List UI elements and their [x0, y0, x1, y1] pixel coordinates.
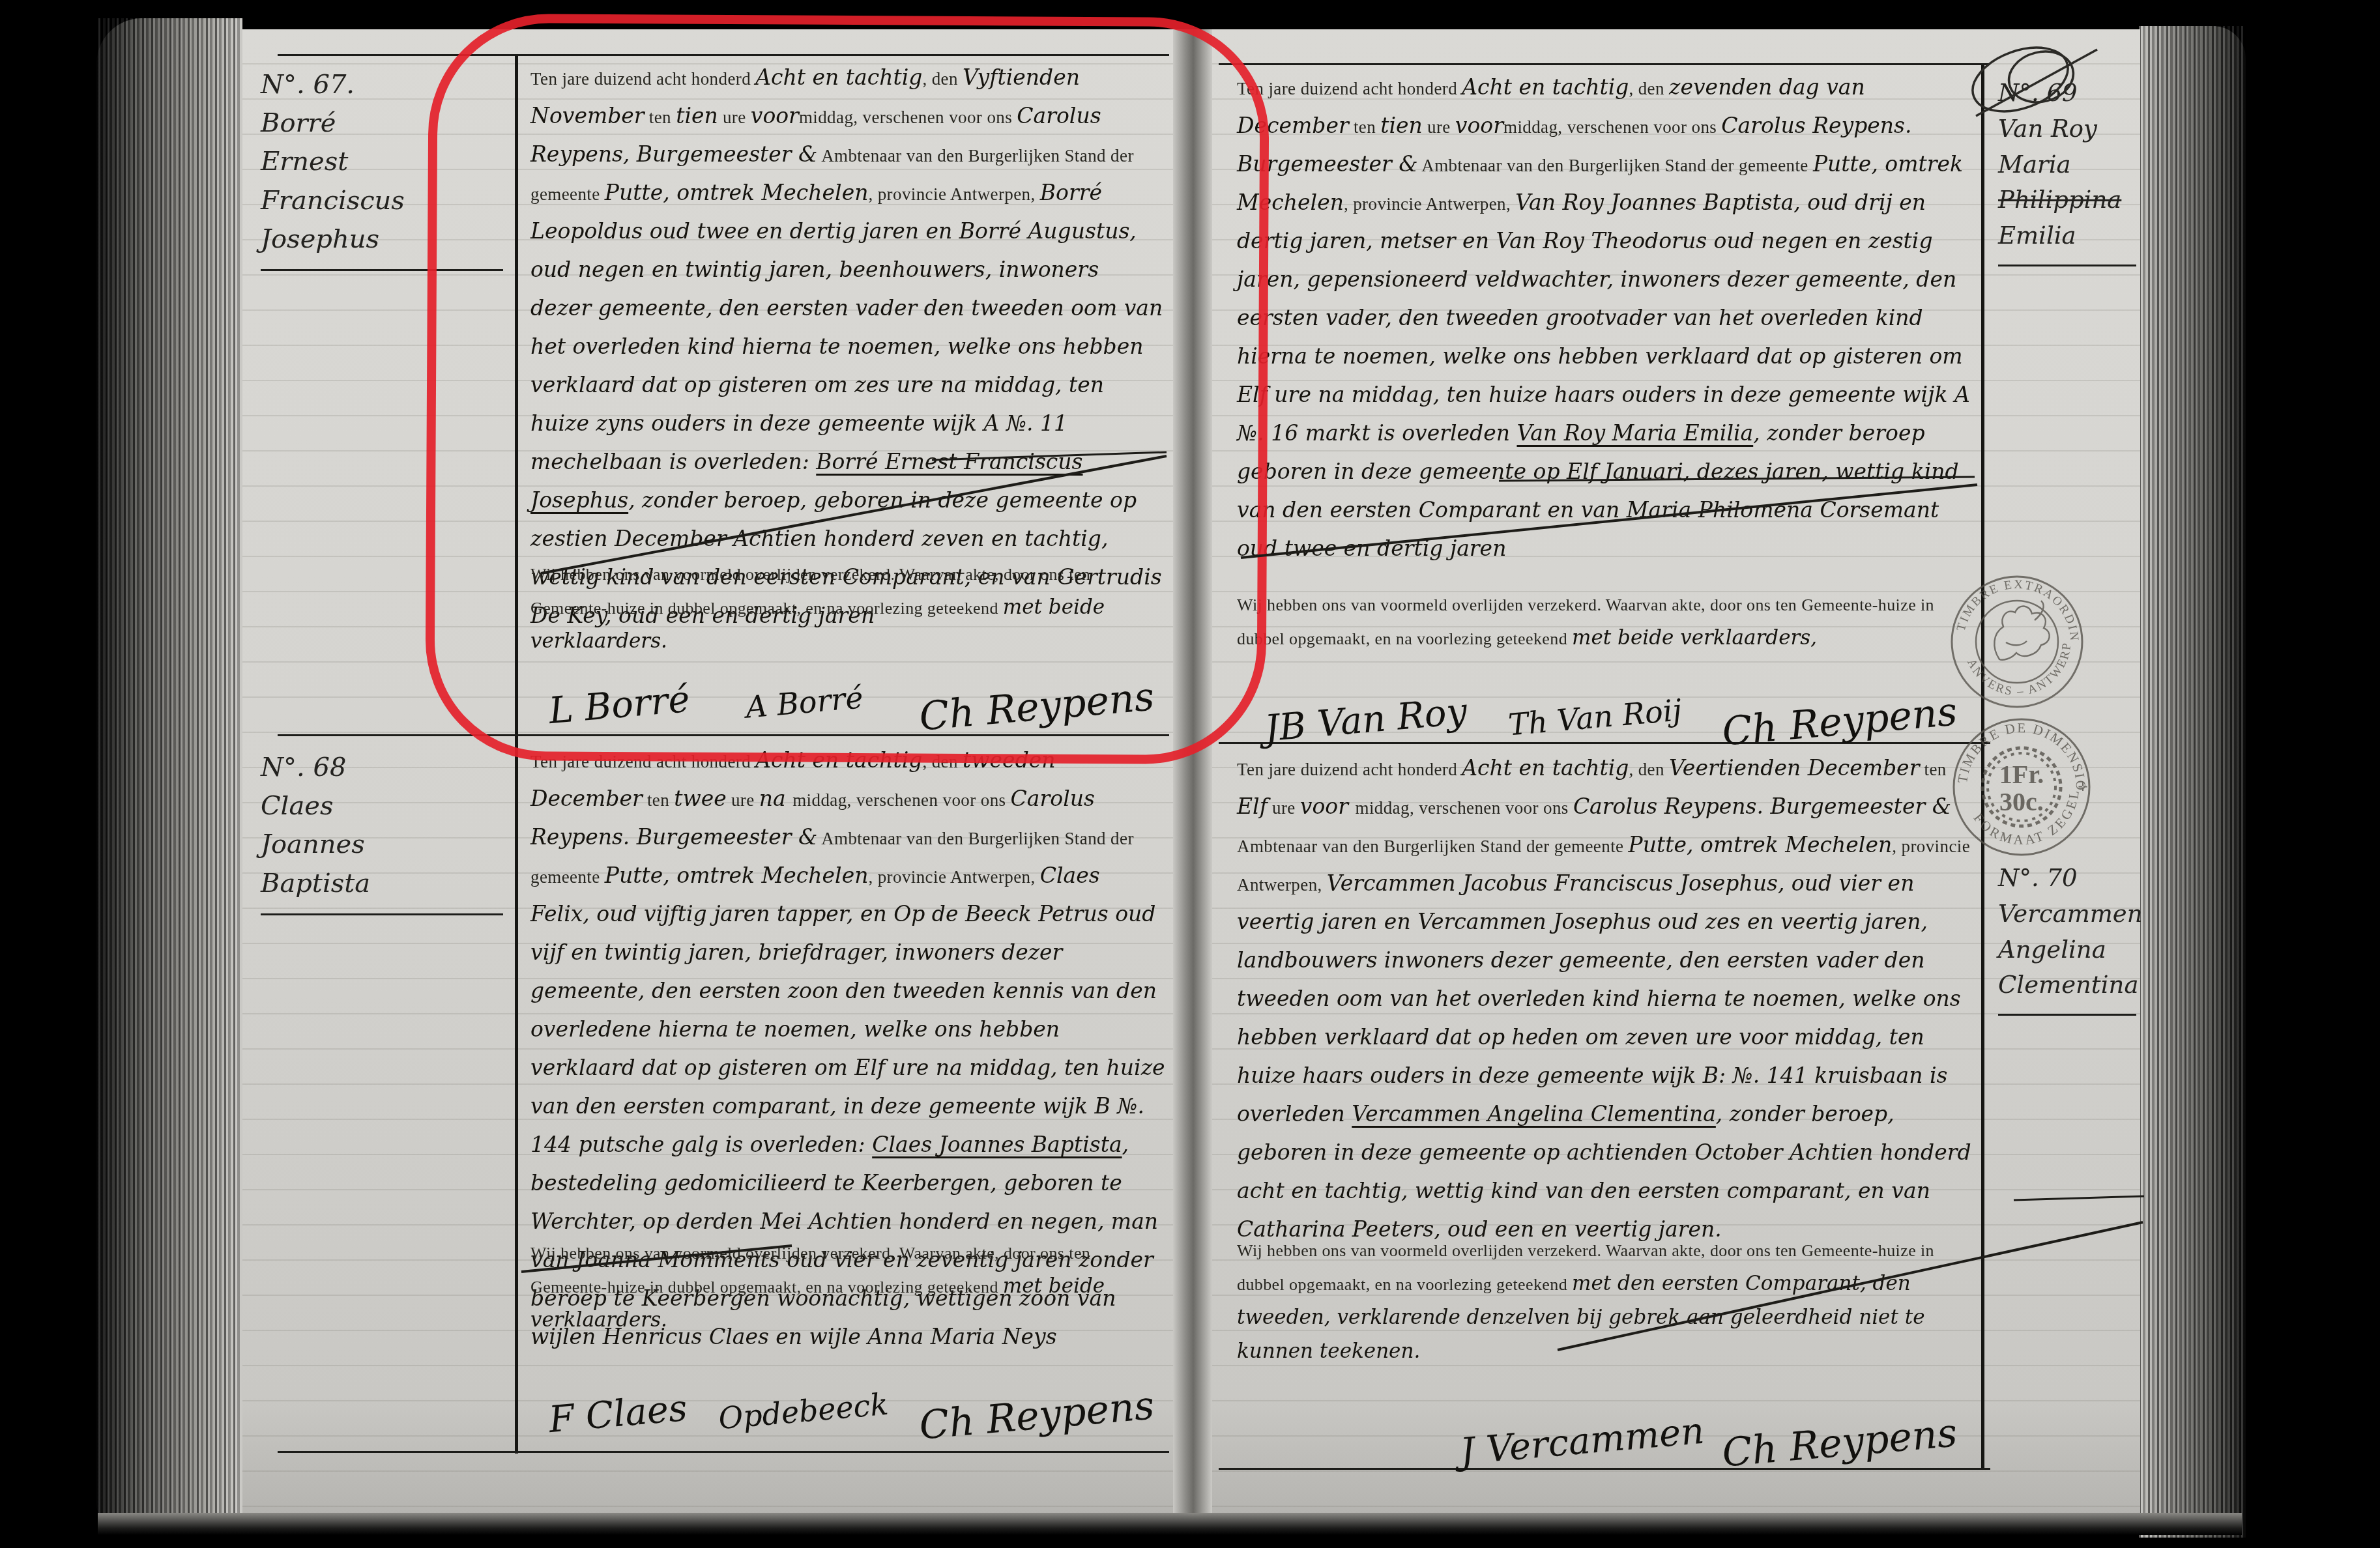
attestation-clause: Wij hebben ons van voormeld overlijden v… [1237, 590, 1973, 657]
margin-name-line: Maria [1998, 147, 2136, 183]
margin-name-line: Baptista [261, 865, 503, 903]
entry-69: N°. 69Van RoyMariaPhilippinaEmilia Ten j… [1212, 65, 2140, 743]
entry-bottom-rule [278, 1451, 1169, 1453]
signature: Opdebeeck [717, 1389, 889, 1434]
handwritten-official-name: Carolus Reypens. [1573, 794, 1771, 819]
deceased-name: Claes Joannes Baptista [872, 1132, 1122, 1157]
printed-segment: Stand der gemeente [1480, 837, 1628, 856]
right-page-edges [2139, 26, 2246, 1538]
handwritten-declaration: Claes Felix, oud vijftig jaren tapper, e… [530, 863, 1165, 1157]
margin-name-line: Philippina [1998, 182, 2136, 218]
printed-segment: Ambtenaar van den Burgerlijken [818, 829, 1065, 848]
margin-name-line: Emilia [1998, 218, 2136, 254]
margin-name-line: Angelina [1998, 932, 2136, 968]
margin-name-line: Vercammen [1998, 896, 2136, 932]
red-oval-annotation [425, 14, 1270, 765]
handwritten-year: Acht en tachtig [1462, 755, 1629, 781]
printed-segment: , den [1629, 760, 1669, 779]
left-page-edges [96, 18, 242, 1530]
printed-segment: ten [1919, 760, 1946, 779]
handwritten-municipality: Putte, omtrek Mechelen [605, 863, 869, 888]
handwritten-hour: twee [674, 786, 727, 811]
entry-70: N°. 70VercammenAngelinaClementina Ten ja… [1212, 746, 2140, 1468]
printed-segment: ten [643, 790, 675, 810]
margin-name-line: Clementina [1998, 967, 2136, 1003]
printed-segment: , den [1629, 79, 1669, 98]
deceased-name: Vercammen Angelina Clementina [1352, 1101, 1716, 1126]
signature: Ch Reypens [918, 1386, 1155, 1445]
margin-name-line: Van Roy [1998, 111, 2136, 147]
handwritten-municipality: Putte, omtrek Mechelen [1629, 832, 1893, 857]
printed-segment: , provincie Antwerpen, [868, 867, 1039, 887]
printed-segment: ure [727, 790, 759, 810]
margin-names: N°. 70VercammenAngelinaClementina [1998, 861, 2136, 1016]
right-page: 19 blad N°. 69Van RoyMariaPhilippinaEmil… [1212, 29, 2140, 1515]
signatures: J VercammenCh Reypens [1264, 1424, 1958, 1463]
printed-segment: Stand der gemeente [1665, 156, 1813, 175]
handwritten-declaration: Vercammen Jacobus Franciscus Josephus, o… [1237, 870, 1961, 1126]
attestation-clause: Wij hebben ons van voormeld overlijden v… [1237, 1236, 1973, 1370]
handwritten-official-title: Burgemeester & [637, 824, 818, 850]
handwritten-daypart: voor [1300, 794, 1356, 819]
deceased-name: Van Roy Maria Emilia [1517, 420, 1753, 446]
printed-segment: Ambtenaar van den Burgerlijken [1418, 156, 1665, 175]
book-scan: N°. 67.BorréErnestFranciscusJosephus Ten… [0, 0, 2380, 1548]
attestation-clause: Wij hebben ons van voormeld overlijden v… [530, 1239, 1165, 1339]
handwritten-year: Acht en tachtig [1462, 74, 1629, 100]
entry-number: N°. 68 [261, 749, 503, 787]
signature: JB Van Roy [1263, 694, 1468, 748]
signature: Ch Reypens [1720, 692, 1958, 751]
book-bottom-edge [98, 1513, 2242, 1535]
entry-68: N°. 68ClaesJoannesBaptista Ten jare duiz… [242, 738, 1174, 1450]
signature: F Claes [547, 1390, 689, 1439]
margin-name-line: Claes [261, 787, 503, 825]
entry-number: N°. 70 [1998, 861, 2136, 896]
printed-segment: ten [1349, 117, 1381, 137]
printed-segment: Ten jare duizend acht honderd [1237, 760, 1462, 779]
entry-number: N°. 69 [1998, 76, 2136, 111]
handwritten-official-title: Burgemeester & [1771, 794, 1952, 819]
printed-segment: , provincie Antwerpen, [1344, 194, 1515, 214]
printed-segment: ure [1268, 798, 1300, 818]
handwritten-hour: tien [1380, 113, 1423, 138]
printed-segment: middag, verschenen voor ons [1503, 117, 1721, 137]
printed-segment: middag, verschenen voor ons [1356, 798, 1573, 818]
handwritten-hour: Elf [1237, 794, 1268, 819]
record-body-text: Ten jare duizend acht honderd Acht en ta… [1237, 70, 1973, 570]
handwritten-date: Veertienden December [1669, 755, 1919, 781]
handwritten-official-name: Carolus Reypens. [1721, 113, 1911, 138]
margin-names: N°. 68ClaesJoannesBaptista [261, 749, 503, 915]
record-body-text: Ten jare duizend acht honderd Acht en ta… [1237, 751, 1973, 1251]
printed-segment: Ten jare duizend acht honderd [1237, 79, 1462, 98]
margin-name-line: Joannes [261, 825, 503, 864]
handwritten-declaration: Van Roy Joannes Baptista, oud drij en de… [1237, 190, 1970, 446]
signature: Th Van Roij [1507, 695, 1683, 739]
printed-segment: Ambtenaar van den Burgerlijken [1237, 837, 1480, 856]
signatures: JB Van RoyTh Van RoijCh Reypens [1264, 702, 1958, 741]
entry-bottom-rule [1219, 1468, 1990, 1470]
handwritten-daypart: voor [1455, 113, 1503, 138]
printed-segment: ure [1423, 117, 1455, 137]
handwritten-daypart: na [759, 786, 792, 811]
handwritten-closing: met beide verklaarders, [1572, 626, 1817, 650]
margin-names: N°. 69Van RoyMariaPhilippinaEmilia [1998, 76, 2136, 266]
signature: Ch Reypens [1721, 1413, 1959, 1472]
signatures: F ClaesOpdebeeckCh Reypens [549, 1396, 1155, 1435]
printed-segment: middag, verschenen voor ons [792, 790, 1010, 810]
signature: J Vercammen [1458, 1413, 1705, 1471]
